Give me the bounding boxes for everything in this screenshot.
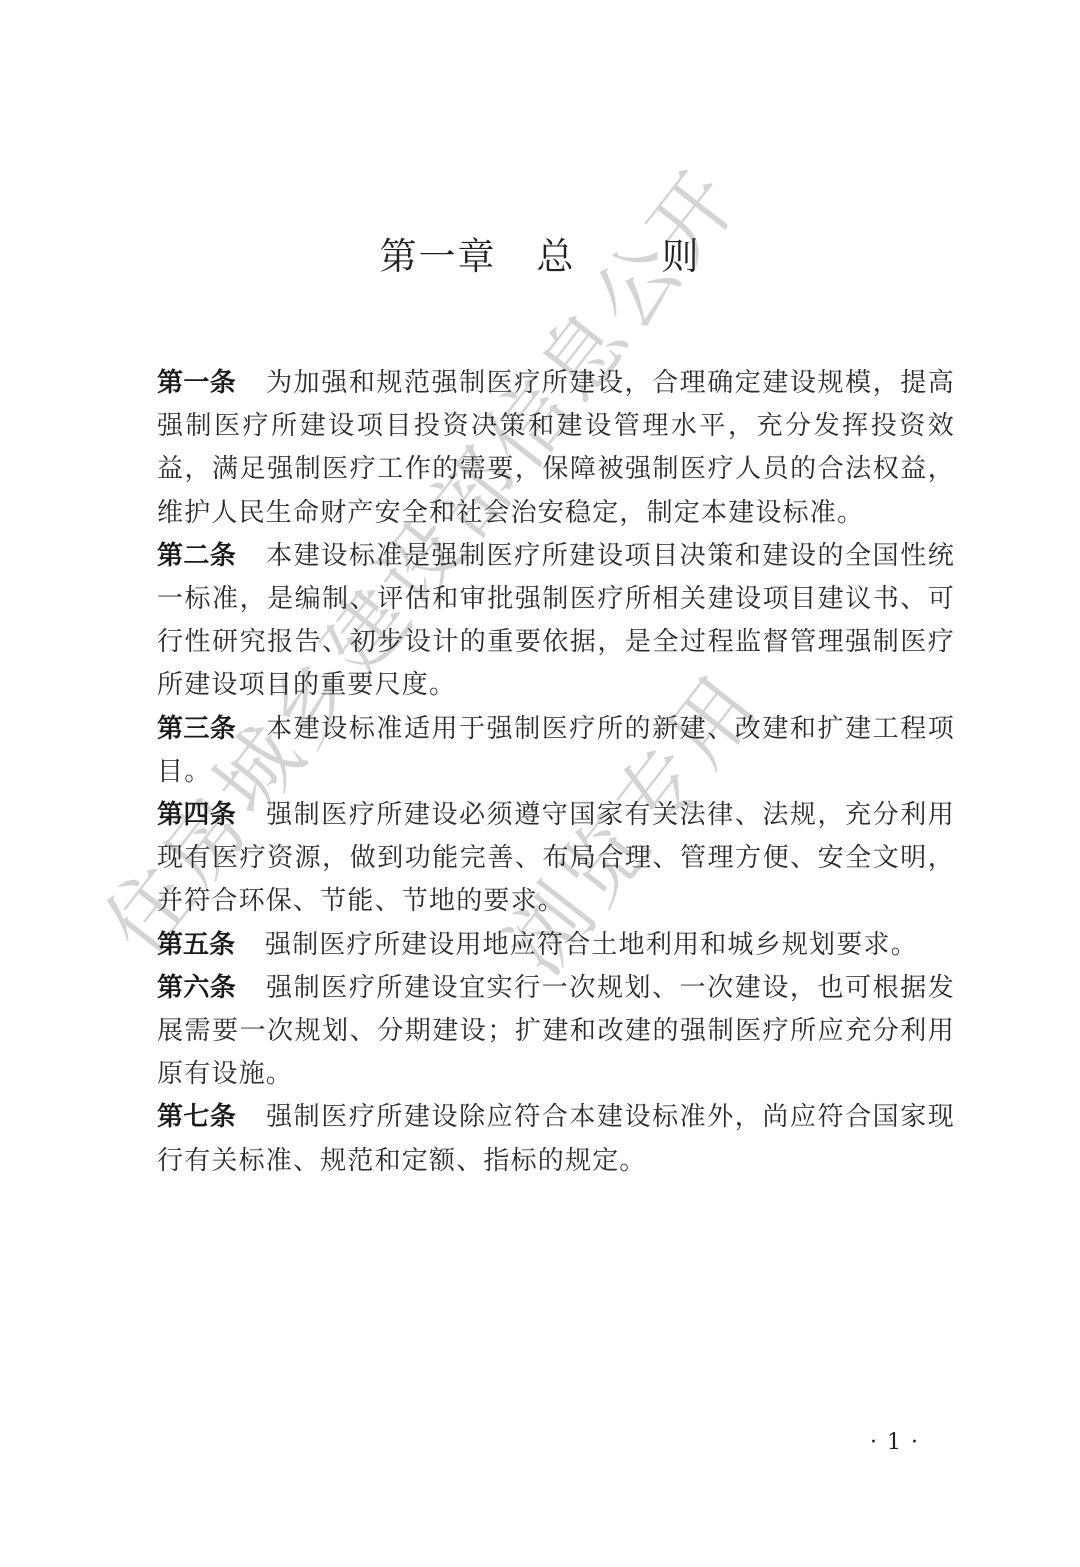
chapter-title-word-2: 则 [662, 226, 701, 280]
article-number: 第六条 [157, 973, 236, 1003]
document-page: 住房城乡建设部信息公开 浏览专用 第一章总则 第一条为加强和规范强制医疗所建设，… [0, 0, 1080, 1567]
article-number: 第四条 [157, 800, 236, 830]
article-text: 为加强和规范强制医疗所建设，合理确定建设规模，提高强制医疗所建设项目投资决策和建… [157, 368, 955, 528]
article-1: 第一条为加强和规范强制医疗所建设，合理确定建设规模，提高强制医疗所建设项目投资决… [157, 362, 955, 535]
article-text: 强制医疗所建设除应符合本建设标准外，尚应符合国家现行有关标准、规范和定额、指标的… [157, 1102, 955, 1175]
article-number: 第七条 [157, 1102, 236, 1132]
chapter-number: 第一章 [380, 226, 497, 280]
article-number: 第二条 [157, 541, 236, 571]
article-7: 第七条强制医疗所建设除应符合本建设标准外，尚应符合国家现行有关标准、规范和定额、… [157, 1096, 955, 1182]
article-number: 第三条 [157, 714, 236, 744]
article-2: 第二条本建设标准是强制医疗所建设项目决策和建设的全国性统一标准，是编制、评估和审… [157, 535, 955, 708]
article-text: 本建设标准适用于强制医疗所的新建、改建和扩建工程项目。 [157, 714, 955, 787]
article-3: 第三条本建设标准适用于强制医疗所的新建、改建和扩建工程项目。 [157, 708, 955, 794]
article-number: 第五条 [157, 930, 235, 960]
article-number: 第一条 [157, 368, 236, 398]
article-text: 强制医疗所建设宜实行一次规划、一次建设，也可根据发展需要一次规划、分期建设；扩建… [157, 973, 955, 1089]
chapter-title-word-1: 总 [537, 226, 576, 280]
article-text: 本建设标准是强制医疗所建设项目决策和建设的全国性统一标准，是编制、评估和审批强制… [157, 541, 955, 701]
article-4: 第四条强制医疗所建设必须遵守国家有关法律、法规，充分利用现有医疗资源，做到功能完… [157, 794, 955, 924]
articles-list: 第一条为加强和规范强制医疗所建设，合理确定建设规模，提高强制医疗所建设项目投资决… [157, 362, 955, 1183]
article-6: 第六条强制医疗所建设宜实行一次规划、一次建设，也可根据发展需要一次规划、分期建设… [157, 967, 955, 1097]
article-text: 强制医疗所建设用地应符合土地利用和城乡规划要求。 [265, 930, 918, 960]
article-text: 强制医疗所建设必须遵守国家有关法律、法规，充分利用现有医疗资源，做到功能完善、布… [157, 800, 955, 916]
page-number: ·1· [870, 1430, 928, 1455]
article-5: 第五条强制医疗所建设用地应符合土地利用和城乡规划要求。 [157, 924, 955, 967]
chapter-title: 第一章总则 [0, 226, 1080, 280]
